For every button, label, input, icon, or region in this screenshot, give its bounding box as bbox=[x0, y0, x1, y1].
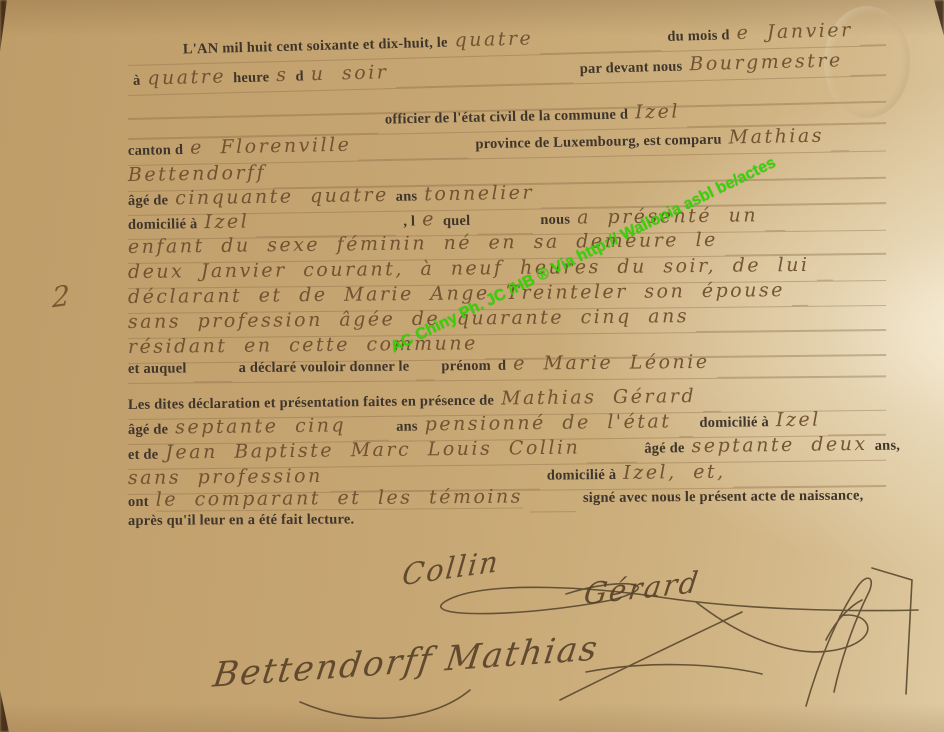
handwritten-entry: le comparant et les témoins bbox=[156, 486, 523, 512]
margin-act-number: 2 bbox=[52, 279, 70, 315]
form-line: après qu'il leur en a été fait lecture. bbox=[128, 508, 886, 540]
blank-rule bbox=[416, 353, 434, 380]
printed-label: âgé de bbox=[128, 192, 169, 210]
handwritten-entry: u soir bbox=[310, 61, 388, 85]
printed-label: Les dites déclaration et présentation fa… bbox=[128, 393, 494, 414]
blank-rule bbox=[816, 254, 832, 281]
printed-label: ans bbox=[396, 418, 418, 435]
handwritten-entry: septante cinq bbox=[175, 414, 346, 438]
blank-rule bbox=[358, 131, 468, 160]
printed-label: et auquel bbox=[128, 360, 187, 378]
printed-label: par devant nous bbox=[580, 58, 683, 78]
blank-rule bbox=[828, 408, 887, 436]
printed-label: âgé de bbox=[644, 440, 684, 457]
printed-label: âgé de bbox=[128, 422, 168, 439]
blank-rule bbox=[687, 96, 886, 127]
blank-rule bbox=[540, 24, 661, 54]
handwritten-entry: tonnelier bbox=[424, 182, 534, 206]
handwritten-entry: Izel, et, bbox=[623, 461, 726, 484]
blank-rule bbox=[193, 355, 231, 382]
blank-rule bbox=[792, 279, 808, 306]
printed-label: nous bbox=[540, 212, 570, 229]
handwritten-entry: e Marie Léonie bbox=[513, 351, 710, 375]
blank-rule bbox=[849, 48, 886, 76]
printed-label: signé avec nous le présent acte de naiss… bbox=[583, 488, 864, 507]
handwritten-entry: e Florenville bbox=[190, 134, 352, 159]
handwritten-entry: sans profession âgée de quarante cinq an… bbox=[128, 305, 689, 333]
printed-label: d bbox=[498, 358, 506, 375]
blank-rule bbox=[678, 410, 692, 437]
printed-label: quel bbox=[443, 213, 471, 230]
page-corner-mark bbox=[934, 0, 944, 36]
form-lines: L'AN mil huit cent soixante et dix-huit,… bbox=[128, 0, 886, 732]
page-corner-mark bbox=[0, 690, 9, 732]
printed-label: ans bbox=[396, 188, 418, 205]
handwritten-entry: e bbox=[422, 208, 436, 230]
printed-label: , l bbox=[403, 213, 415, 230]
printed-label: ans, bbox=[875, 438, 901, 455]
printed-label: officier de l'état civil de la commune d bbox=[385, 107, 629, 129]
blank-rule bbox=[725, 227, 886, 256]
handwritten-entry: s bbox=[276, 64, 289, 86]
printed-label: canton d bbox=[128, 142, 184, 160]
printed-label: province de Luxembourg, est comparu bbox=[475, 132, 722, 154]
scanned-birth-certificate: 2 L'AN mil huit cent soixante et dix-hui… bbox=[0, 0, 944, 732]
handwritten-entry: Mathias Gérard bbox=[501, 385, 696, 409]
form-line: et auquela déclaré vouloir donner leprén… bbox=[128, 349, 886, 384]
blank-rule bbox=[859, 18, 886, 46]
printed-label: domicilié à bbox=[699, 414, 769, 432]
handwritten-entry: Izel bbox=[635, 100, 680, 123]
blank-rule bbox=[530, 485, 576, 512]
printed-label: prénom bbox=[441, 358, 491, 375]
handwritten-entry: Bourgmestre bbox=[689, 49, 843, 75]
printed-label: L'AN mil huit cent soixante et dix-huit,… bbox=[183, 35, 448, 59]
blank-rule bbox=[831, 124, 850, 151]
handwritten-entry: quatre bbox=[454, 27, 533, 51]
page-corner-mark bbox=[0, 0, 7, 52]
handwritten-entry: quatre bbox=[147, 65, 226, 89]
handwritten-entry: Bettendorff bbox=[128, 162, 267, 186]
printed-label: et de bbox=[128, 447, 159, 464]
printed-label: à bbox=[133, 73, 141, 90]
handwritten-entry: Izel bbox=[204, 211, 249, 234]
blank-rule bbox=[716, 349, 886, 377]
printed-label: a déclaré vouloir donner le bbox=[239, 359, 410, 377]
handwritten-entry: pensionné de l'état bbox=[425, 410, 672, 435]
handwritten-entry: Jean Baptiste Marc Louis Collin bbox=[165, 436, 580, 463]
printed-label: du mois d bbox=[667, 27, 730, 46]
handwritten-entry: Izel bbox=[776, 409, 821, 432]
printed-label: domicilié à bbox=[547, 467, 617, 485]
blank-rule bbox=[587, 436, 637, 464]
handwritten-entry: sans profession bbox=[128, 465, 323, 489]
blank-rule bbox=[703, 385, 721, 412]
handwritten-entry: septante deux bbox=[691, 433, 867, 457]
blank-rule bbox=[353, 414, 389, 441]
handwritten-entry: Mathias bbox=[728, 125, 824, 149]
printed-label: heure bbox=[233, 69, 270, 87]
printed-label: domicilié à bbox=[128, 216, 198, 234]
handwritten-entry: e Janvier bbox=[736, 19, 853, 44]
printed-label: ont bbox=[128, 494, 149, 511]
printed-label: après qu'il leur en a été fait lecture. bbox=[128, 511, 354, 530]
printed-label: d bbox=[295, 68, 304, 85]
handwritten-entry: cinquante quatre bbox=[175, 184, 389, 209]
